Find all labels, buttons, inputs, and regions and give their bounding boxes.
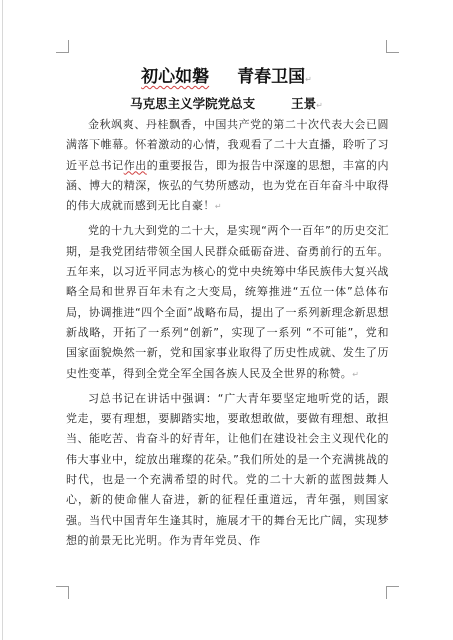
paragraph-2: 党的十九大到党的二十大，是实现“两个一百年”的历史交汇期，是我党团结带领全国人民… <box>66 221 389 384</box>
paragraph-3: 习总书记在讲话中强调：“广大青年要坚定地听党的话，跟党走，要有理想，要脚踏实地，… <box>66 389 389 551</box>
margin-corner-bottom-right <box>386 586 399 599</box>
margin-corner-top-left <box>56 40 69 53</box>
paragraph-mark-icon: ↵ <box>352 370 359 379</box>
paragraph-text: 党的十九大到党的二十大，是实现“两个一百年”的历史交汇期，是我党团结带领全国人民… <box>66 224 389 379</box>
byline-author: 王景 <box>291 96 316 111</box>
margin-corner-bottom-left <box>56 586 69 599</box>
byline-organization: 马克思主义学院党总支 <box>130 96 255 111</box>
paragraph-1: 金秋飒爽、丹桂飘香，中国共产党的第二十次代表大会已圆满落下帷幕。怀着激动的心情，… <box>66 115 389 217</box>
byline: 马克思主义学院党总支王景↵ <box>0 94 453 112</box>
spellcheck-flagged-word[interactable]: 作出 <box>124 159 147 172</box>
title-part-2: 青春卫国 <box>237 67 305 87</box>
title-part-1: 初心如磐 <box>141 67 209 87</box>
paragraph-mark-icon: ↵ <box>305 75 312 84</box>
document-title: 初心如磐青春卫国↵ <box>0 62 453 87</box>
margin-corner-top-right <box>386 40 399 53</box>
paragraph-text: 习总书记在讲话中强调：“广大青年要坚定地听党的话，跟党走，要有理想，要脚踏实地，… <box>66 392 389 547</box>
paragraph-mark-icon: ↵ <box>215 202 222 211</box>
document-body[interactable]: 金秋飒爽、丹桂飘香，中国共产党的第二十次代表大会已圆满落下帷幕。怀着激动的心情，… <box>66 115 389 551</box>
paragraph-mark-icon: ↵ <box>316 101 323 110</box>
